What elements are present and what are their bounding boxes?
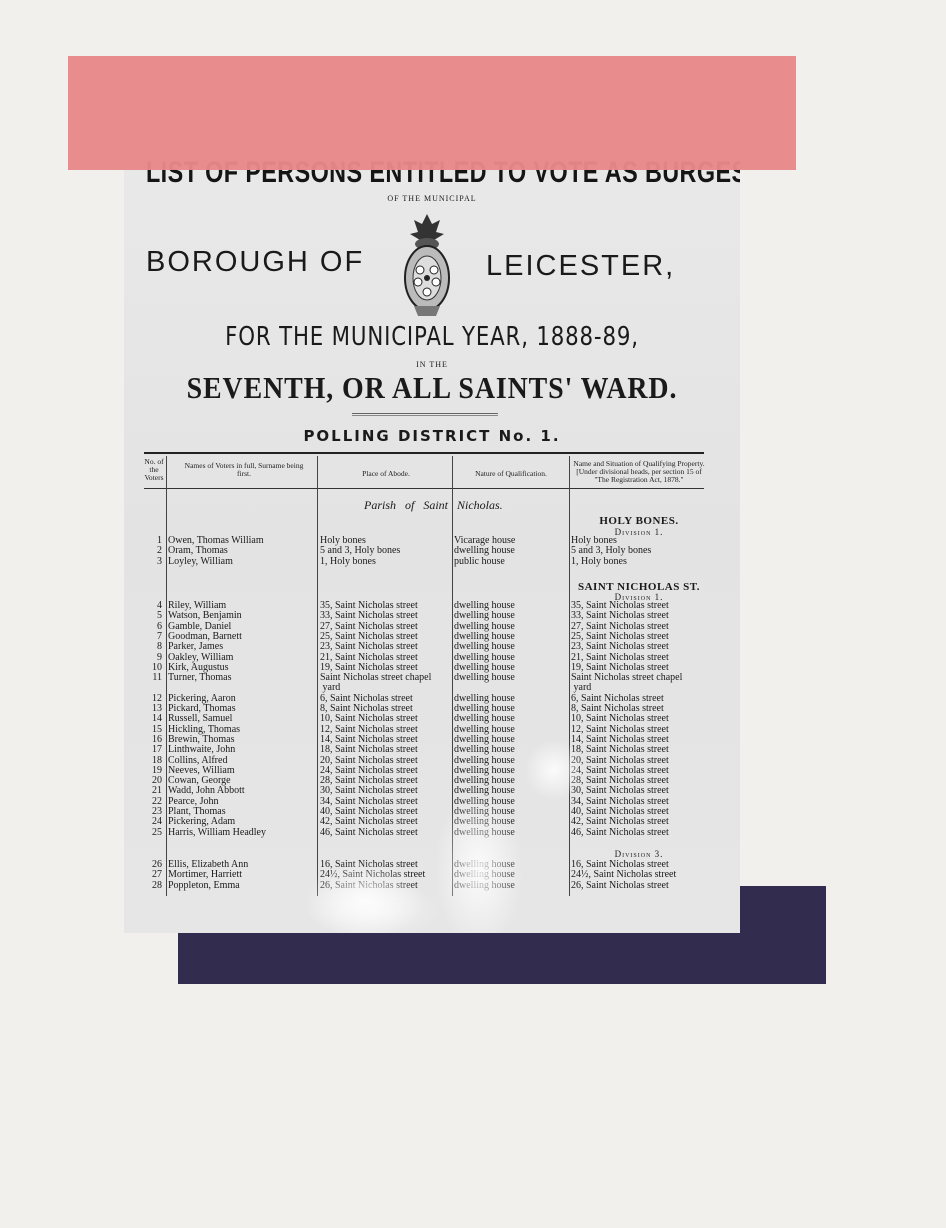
column-divider: [317, 456, 318, 896]
voter-no: 28: [146, 881, 162, 891]
voter-abode: 46, Saint Nicholas street: [320, 828, 418, 838]
voter-property: 23, Saint Nicholas street: [571, 642, 669, 652]
table-header-rule: [144, 488, 704, 489]
leicester-label: LEICESTER,: [486, 250, 675, 283]
of-the-municipal-label: OF THE MUNICIPAL: [124, 194, 740, 203]
parish-heading: Parish of Saint Nicholas.: [364, 498, 503, 513]
voter-abode: 23, Saint Nicholas street: [320, 642, 418, 652]
table-top-rule: [144, 452, 704, 454]
voter-qualification: dwelling house: [454, 673, 515, 683]
voter-no: 25: [146, 828, 162, 838]
voter-property: 26, Saint Nicholas street: [571, 881, 669, 891]
borough-of-label: BOROUGH OF: [146, 246, 364, 279]
voter-name: Loyley, William: [168, 557, 233, 567]
voter-name: Turner, Thomas: [168, 673, 232, 683]
voter-abode: Saint Nicholas street chapel yard: [320, 673, 445, 694]
voter-no: 3: [146, 557, 162, 567]
voter-qualification: public house: [454, 557, 505, 567]
voter-property: 1, Holy bones: [571, 557, 627, 567]
paper-stain: [524, 740, 584, 800]
ward-title: SEVENTH, OR ALL SAINTS' WARD.: [155, 370, 709, 406]
voter-property: Saint Nicholas street chapel yard: [571, 673, 696, 694]
voter-no: 17: [146, 745, 162, 755]
voter-property: 46, Saint Nicholas street: [571, 828, 669, 838]
header-place-of-abode: Place of Abode.: [322, 470, 450, 478]
pink-decorative-block: [68, 56, 796, 170]
voter-name: Linthwaite, John: [168, 745, 235, 755]
in-the-label: IN THE: [124, 360, 740, 369]
header-qualification: Nature of Qualification.: [456, 470, 566, 478]
voter-name: Harris, William Headley: [168, 828, 266, 838]
voter-list-document: LIST OF PERSONS ENTITLED TO VOTE AS BURG…: [124, 140, 740, 933]
column-divider: [166, 456, 167, 896]
voter-abode: 18, Saint Nicholas street: [320, 745, 418, 755]
municipal-year: FOR THE MUNICIPAL YEAR, 1888-89,: [179, 322, 684, 352]
header-voter-number: No. of the Voters: [142, 458, 166, 482]
header-qualifying-property: Name and Situation of Qualifying Propert…: [572, 460, 706, 484]
voter-property: 18, Saint Nicholas street: [571, 745, 669, 755]
voter-qualification: dwelling house: [454, 642, 515, 652]
voter-name: Parker, James: [168, 642, 223, 652]
paper-stain: [304, 880, 444, 933]
borough-of-leicester-crest-icon: [392, 210, 462, 320]
voter-qualification: dwelling house: [454, 745, 515, 755]
header-voter-name: Names of Voters in full, Surname being f…: [184, 462, 304, 478]
polling-district: POLLING DISTRICT No. 1.: [124, 427, 740, 445]
title-rule: [352, 413, 498, 416]
voter-name: Poppleton, Emma: [168, 881, 240, 891]
division-label: Division 3.: [572, 849, 706, 859]
voter-abode: 1, Holy bones: [320, 557, 376, 567]
voter-no: 11: [146, 673, 162, 683]
column-divider: [569, 456, 570, 896]
voter-no: 8: [146, 642, 162, 652]
division-street-heading: HOLY BONES.: [572, 515, 706, 527]
